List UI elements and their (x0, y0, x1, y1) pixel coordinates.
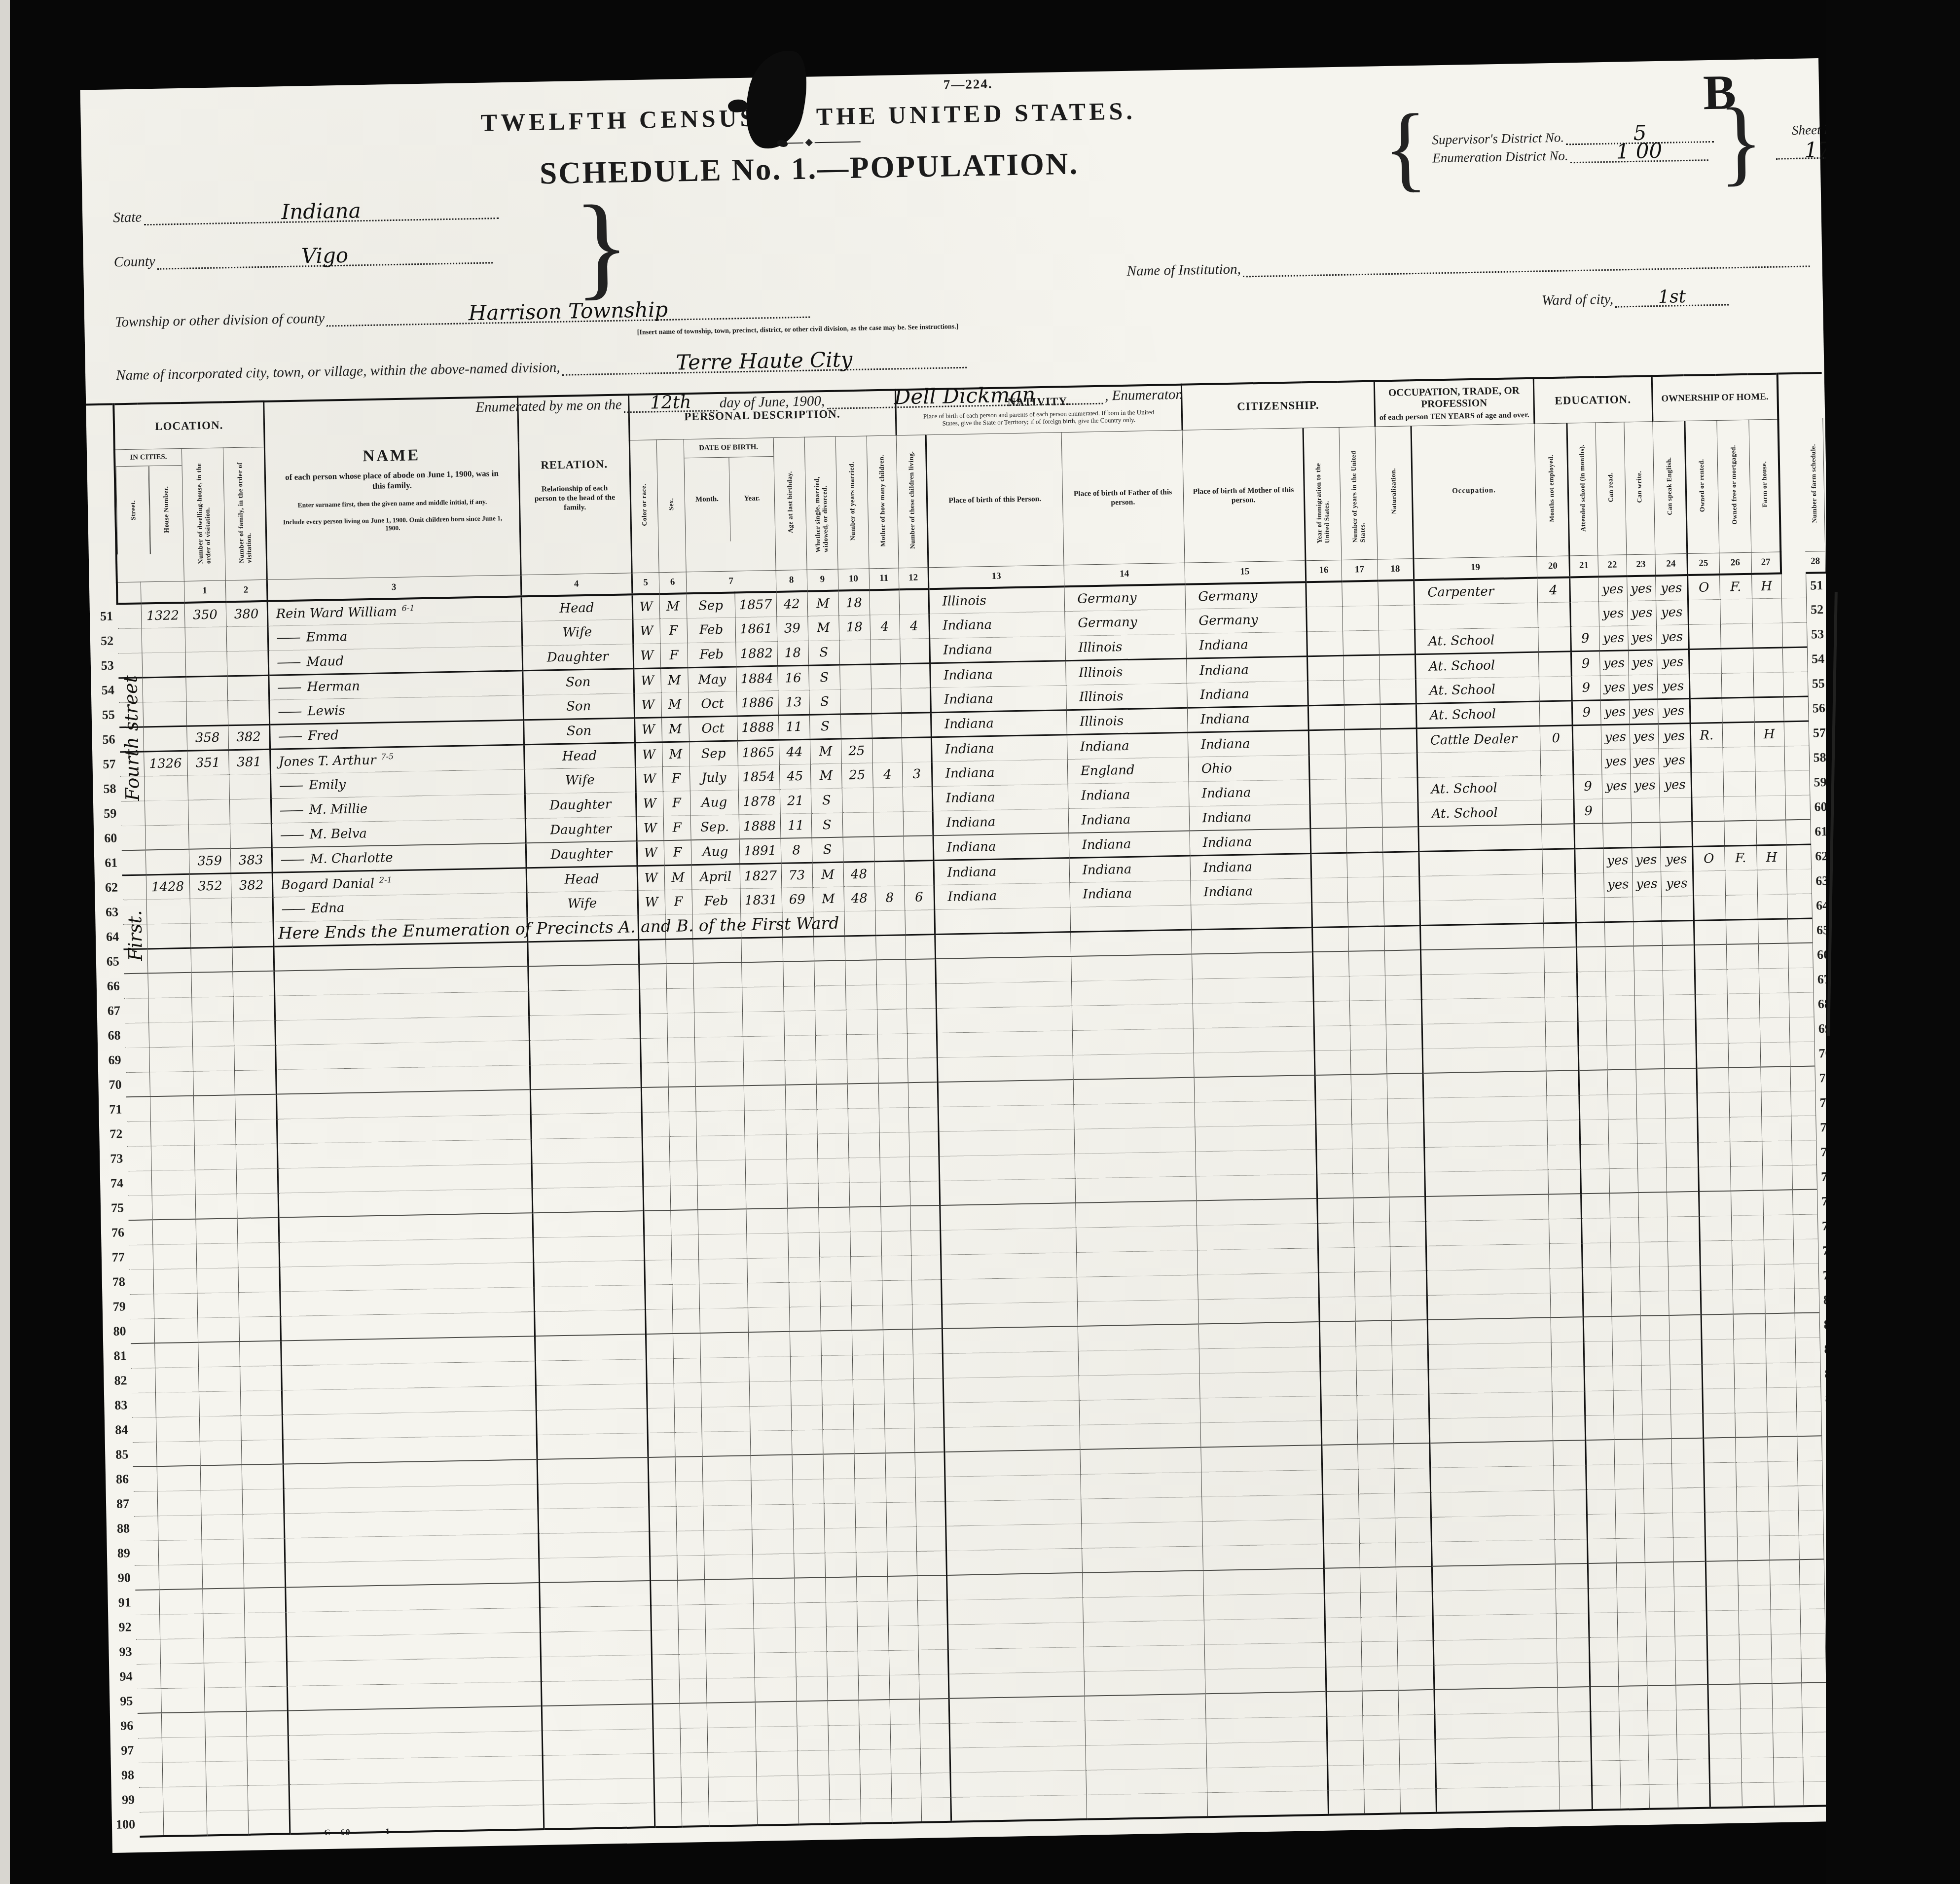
cell-can-english (1668, 1266, 1701, 1291)
cell-years-in-us (1357, 1444, 1394, 1469)
cell-owned-free (1737, 1535, 1770, 1560)
cell-sex (670, 1210, 698, 1235)
cell-color (652, 1654, 679, 1679)
cell-father-birthplace (1079, 1398, 1200, 1424)
cell-father-birthplace (1076, 1250, 1198, 1276)
cell-owned-rented: O (1687, 575, 1720, 600)
line-number-left: 97 (110, 1738, 139, 1763)
cell-sex: F (663, 815, 691, 840)
cell-mother-of (878, 1083, 908, 1108)
cell-owned-free (1737, 1511, 1769, 1536)
cell-mother-birthplace (1193, 1026, 1314, 1052)
cell-years-married (858, 1650, 889, 1675)
cell-house (158, 1540, 202, 1565)
cell-relation (537, 1433, 648, 1459)
cell-can-english (1674, 1611, 1707, 1636)
cell-children-living (907, 1057, 938, 1083)
cell-month (706, 1677, 755, 1703)
cell-sex (674, 1407, 702, 1432)
cell-family (237, 1242, 279, 1268)
cell-mother-of (880, 1157, 910, 1182)
cell-street (134, 1516, 158, 1541)
cell-farm-schedule (1789, 1016, 1815, 1042)
cell-occupation (1430, 1490, 1554, 1517)
cell-family (243, 1514, 285, 1539)
cell-house (144, 775, 188, 801)
cell-can-write (1634, 995, 1664, 1020)
cell-months-not-employed (1542, 873, 1575, 898)
cell-years-in-us (1357, 1394, 1393, 1419)
line-number-left: 86 (106, 1467, 134, 1492)
cell-years-married (846, 1009, 877, 1034)
cell-father-birthplace (1083, 1620, 1204, 1646)
cell-month (697, 1159, 746, 1185)
cell-street (130, 1294, 154, 1319)
cell-can-read (1611, 1291, 1640, 1316)
cell-can-read (1602, 823, 1632, 848)
nativity-header: NATIVITY. Place of birth of each person … (895, 385, 1182, 435)
cell-age (783, 986, 815, 1011)
cell-years-in-us (1348, 950, 1385, 976)
cell-farm-schedule (1783, 672, 1808, 697)
cell-school-months (1585, 1415, 1614, 1440)
cell-mother-birthplace (1196, 1149, 1317, 1176)
cell-birthplace (941, 1277, 1077, 1304)
cell-can-write (1641, 1340, 1670, 1365)
cell-marital (818, 1207, 850, 1232)
cell-mother-birthplace (1204, 1618, 1325, 1644)
cell-occupation: Carpenter (1414, 578, 1537, 605)
cell-family (233, 1020, 275, 1046)
cell-school-months (1577, 971, 1606, 996)
cell-can-read (1619, 1710, 1648, 1736)
cell-dwelling (201, 1489, 243, 1515)
city-value: Terre Haute City (676, 347, 853, 375)
cell-naturalization (1391, 1295, 1427, 1320)
cell-age (796, 1676, 828, 1701)
cell-farm-house (1754, 697, 1784, 722)
cell-age: 18 (777, 641, 808, 666)
cell-children-living (901, 712, 931, 737)
cell-age: 16 (777, 665, 809, 690)
cell-relation: Wife (521, 619, 633, 646)
in-cities-header: IN CITIES. Street. House Number. (114, 448, 184, 582)
cell-immigration-year (1319, 1321, 1356, 1346)
ward-value: 1st (1658, 287, 1686, 307)
census-sheet: 7—224. B TWELFTH CENSUS OF THE UNITED ST… (80, 58, 1851, 1853)
cell-can-english (1672, 1512, 1705, 1537)
cell-street (131, 1368, 155, 1393)
cell-immigration-year (1320, 1371, 1357, 1396)
location-header: LOCATION. (113, 401, 264, 450)
cell-mother-of (870, 639, 900, 664)
cell-farm-house (1753, 672, 1783, 697)
cell-age (798, 1775, 829, 1800)
cell-can-english (1662, 945, 1695, 970)
institution-line: Name of Institution, (1126, 251, 1810, 279)
cell-farm-house (1765, 1288, 1795, 1313)
cell-farm-house (1767, 1436, 1797, 1461)
cell-family (238, 1292, 280, 1317)
cell-owned-free: F. (1724, 845, 1757, 870)
cell-relation (529, 1038, 641, 1065)
attended-school-col-label: Attended school (in months). (1567, 422, 1598, 555)
cell-month (698, 1233, 747, 1259)
cell-house (148, 1022, 192, 1048)
cell-owned-rented (1704, 1462, 1736, 1487)
cell-school-months (1588, 1588, 1617, 1613)
cell-years-in-us (1352, 1123, 1388, 1148)
enumerator-mark: 7-5 (381, 752, 394, 761)
cell-can-write (1649, 1784, 1678, 1809)
line-number-left: 89 (107, 1541, 135, 1566)
cell-relation (530, 1063, 641, 1089)
cell-mother-of (884, 1378, 914, 1404)
cell-month (693, 987, 742, 1013)
cell-month: July (690, 765, 738, 791)
cell-occupation (1419, 899, 1543, 926)
cell-age (794, 1553, 825, 1578)
cell-dwelling (192, 1046, 234, 1071)
cell-street (127, 1121, 151, 1146)
cell-years-in-us (1345, 753, 1381, 778)
cell-years-in-us (1349, 1000, 1386, 1025)
cell-naturalization (1388, 1172, 1425, 1197)
cell-age (791, 1380, 822, 1405)
cell-can-english: yes (1657, 649, 1689, 674)
cell-family (235, 1119, 277, 1145)
cell-marital: M (812, 887, 844, 912)
cell-owned-free: F. (1719, 574, 1752, 599)
cell-street (126, 1096, 150, 1122)
cell-years-in-us (1362, 1666, 1398, 1691)
cell-naturalization (1399, 1764, 1436, 1789)
cell-father-birthplace (1080, 1422, 1201, 1449)
cell-age (786, 1109, 817, 1134)
cell-relation: Daughter (525, 816, 637, 843)
cell-month (692, 938, 741, 963)
state-label: State (113, 209, 142, 225)
cell-can-read (1620, 1760, 1649, 1785)
cell-color (643, 1210, 671, 1235)
cell-farm-schedule (1794, 1263, 1819, 1288)
cell-street (136, 1614, 160, 1639)
cell-school-months (1583, 1316, 1612, 1341)
cell-school-months (1582, 1242, 1611, 1268)
cell-farm-schedule (1791, 1115, 1816, 1140)
cell-farm-schedule (1782, 622, 1807, 648)
cell-farm-house: H (1756, 844, 1786, 870)
cell-birthplace (937, 1055, 1073, 1082)
cell-years-married (860, 1798, 892, 1823)
cell-year (746, 1208, 788, 1234)
cell-mother-birthplace: Indiana (1189, 804, 1310, 831)
cell-age (782, 937, 814, 962)
cell-occupation (1427, 1293, 1551, 1320)
cell-mother-of (877, 1033, 907, 1058)
cell-occupation (1420, 948, 1544, 975)
cell-family (239, 1341, 281, 1367)
cell-owned-rented (1695, 994, 1728, 1019)
cell-mother-of (875, 935, 906, 960)
cell-dwelling (193, 1070, 235, 1096)
cell-marital (829, 1799, 861, 1824)
cell-years-married (855, 1527, 887, 1552)
cell-immigration-year (1321, 1445, 1358, 1470)
cell-month (697, 1184, 746, 1210)
cell-years-married: 18 (838, 590, 870, 615)
cell-age: 73 (781, 863, 813, 888)
cell-relation (543, 1753, 654, 1780)
cell-months-not-employed (1549, 1243, 1582, 1268)
cell-naturalization (1379, 679, 1416, 704)
cell-family (237, 1193, 279, 1219)
cell-children-living (905, 909, 935, 935)
cell-occupation (1420, 923, 1544, 950)
cell-father-birthplace: Germany (1064, 584, 1185, 611)
cell-age: 44 (779, 739, 810, 764)
cell-children-living (906, 959, 936, 984)
cell-house (159, 1589, 203, 1615)
cell-father-birthplace (1080, 1472, 1201, 1498)
cell-mother-of (887, 1576, 917, 1601)
cell-relation (530, 1087, 642, 1114)
cell-owned-free (1723, 747, 1755, 772)
cell-owned-rented (1709, 1758, 1742, 1783)
cell-months-not-employed (1556, 1588, 1589, 1613)
cell-mother-of (891, 1773, 921, 1798)
cell-color: W (637, 865, 665, 890)
cell-school-months (1591, 1736, 1620, 1761)
cell-can-write: yes (1630, 724, 1659, 749)
cell-naturalization (1390, 1246, 1426, 1271)
cell-children-living (918, 1649, 948, 1674)
line-number-left: 69 (98, 1048, 126, 1073)
cell-owned-rented (1708, 1733, 1741, 1758)
state-county-brace: } (573, 187, 630, 304)
cell-children-living (908, 1107, 939, 1132)
color-col-label: Color or race. (629, 439, 659, 573)
cell-farm-schedule (1796, 1362, 1821, 1387)
cell-can-english (1666, 1167, 1699, 1192)
cell-age (785, 1060, 816, 1085)
cell-mother-birthplace: Indiana (1189, 779, 1310, 806)
cell-dwelling (196, 1243, 238, 1268)
line-number-left: 59 (93, 801, 121, 826)
cell-farm-house (1758, 943, 1788, 968)
cell-children-living (915, 1477, 945, 1502)
cell-children-living (917, 1600, 947, 1625)
cell-children-living (913, 1353, 943, 1378)
cell-dwelling (199, 1415, 241, 1441)
cell-naturalization (1385, 975, 1421, 1000)
cell-occupation (1431, 1515, 1555, 1542)
cell-mother-of (886, 1526, 916, 1552)
cell-school-months (1579, 1119, 1608, 1144)
cell-owned-free (1722, 697, 1754, 723)
cell-mother-birthplace: Indiana (1190, 829, 1311, 855)
cell-family (243, 1562, 285, 1588)
cell-father-birthplace: Indiana (1068, 806, 1190, 833)
cell-month (701, 1406, 750, 1432)
cell-age (798, 1750, 829, 1775)
cell-can-english (1660, 822, 1692, 847)
cell-children-living (903, 786, 933, 811)
cell-children-living (910, 1181, 940, 1206)
cell-marital: S (808, 640, 839, 665)
cell-mother-birthplace (1206, 1716, 1327, 1743)
cell-years-in-us (1360, 1592, 1397, 1617)
cell-can-english (1675, 1660, 1708, 1685)
cell-years-married: 25 (841, 762, 873, 788)
cell-mother-birthplace (1193, 1001, 1314, 1028)
cell-years-married (839, 639, 871, 664)
cell-months-not-employed (1550, 1292, 1583, 1317)
cell-farm-house (1774, 1781, 1804, 1807)
cell-owned-rented (1692, 797, 1724, 822)
cell-month (695, 1061, 744, 1087)
cell-owned-rented (1692, 821, 1724, 846)
cell-children-living (921, 1797, 951, 1822)
cell-can-write: yes (1627, 576, 1656, 601)
cell-dwelling (194, 1120, 236, 1145)
cell-naturalization (1389, 1221, 1426, 1246)
cell-immigration-year (1325, 1642, 1362, 1667)
cell-farm-house (1762, 1140, 1792, 1165)
cell-months-not-employed (1544, 972, 1577, 997)
cell-children-living (912, 1304, 942, 1329)
cell-can-english (1670, 1413, 1703, 1439)
cell-children-living (913, 1378, 944, 1403)
cell-naturalization (1379, 654, 1416, 679)
cell-color: W (635, 742, 662, 767)
cell-children-living (917, 1575, 947, 1600)
cell-house (145, 800, 188, 826)
cell-sex (680, 1703, 707, 1728)
table-header: LOCATION. NAME of each person whose plac… (86, 373, 1825, 604)
cell-can-english (1666, 1142, 1698, 1167)
cell-school-months (1589, 1637, 1618, 1662)
cell-year (755, 1702, 797, 1727)
cell-farm-schedule (1793, 1238, 1818, 1264)
cell-can-read: yes (1598, 576, 1627, 601)
cell-months-not-employed (1542, 848, 1575, 873)
cell-age: 13 (778, 690, 809, 715)
cell-family (244, 1612, 286, 1637)
cell-birthplace (945, 1523, 1082, 1551)
cell-occupation (1429, 1416, 1553, 1443)
cell-marital (815, 1010, 846, 1035)
cell-street (136, 1639, 160, 1664)
cell-years-married (853, 1379, 884, 1404)
cell-months-not-employed (1538, 626, 1571, 652)
cell-birthplace (944, 1400, 1080, 1427)
cell-naturalization (1383, 876, 1419, 901)
cell-owned-free (1727, 969, 1759, 994)
cell-house: 1322 (141, 603, 185, 628)
line-number-right: 55 (1808, 671, 1828, 696)
years-in-us-col-label: Number of years in the United States. (1339, 427, 1378, 560)
farm-schedule-col-label: Number of farm schedule. (1803, 418, 1825, 551)
line-number-right: 56 (1808, 696, 1828, 721)
cell-farm-schedule (1788, 968, 1814, 993)
cell-naturalization (1380, 728, 1417, 753)
cell-can-read (1609, 1168, 1638, 1193)
cell-color: W (634, 692, 661, 718)
cell-occupation (1435, 1761, 1559, 1788)
cell-years-married (849, 1206, 881, 1232)
cell-owned-free (1740, 1683, 1773, 1708)
cell-months-not-employed (1556, 1613, 1589, 1638)
cell-can-read: yes (1600, 699, 1630, 725)
line-number-left: 100 (112, 1812, 140, 1837)
cell-dwelling (191, 996, 233, 1022)
cell-color (643, 1161, 670, 1186)
cell-immigration-year (1311, 902, 1348, 927)
line-number-left: 90 (107, 1565, 135, 1591)
cell-year (750, 1430, 792, 1456)
cell-relation: Wife (524, 767, 636, 794)
cell-owned-rented (1706, 1586, 1739, 1611)
cell-birthplace: Indiana (931, 710, 1067, 737)
cell-can-write (1643, 1463, 1672, 1488)
cell-can-write (1647, 1685, 1676, 1710)
line-number-left: 77 (101, 1245, 129, 1270)
cell-month (704, 1554, 753, 1580)
cell-relation: Daughter (525, 792, 636, 818)
cell-street (125, 1022, 149, 1048)
cell-occupation (1414, 603, 1538, 630)
cell-birthplace: Illinois (929, 586, 1065, 614)
cell-years-married (849, 1182, 880, 1207)
cell-birthplace (950, 1795, 1087, 1822)
cell-immigration-year (1326, 1691, 1363, 1716)
cell-dwelling (205, 1711, 247, 1737)
cell-years-married (839, 664, 871, 689)
cell-owned-free (1725, 895, 1758, 920)
cell-birthplace: Indiana (929, 636, 1065, 663)
cell-children-living (915, 1452, 945, 1477)
scan-left-edge (0, 0, 10, 1884)
cell-immigration-year (1314, 1050, 1351, 1075)
cell-marital: M (807, 591, 838, 616)
cell-color: W (637, 840, 664, 866)
cell-father-birthplace (1086, 1768, 1207, 1794)
cell-relation (532, 1211, 644, 1237)
cell-month: Feb (687, 617, 735, 643)
cell-birthplace (938, 1080, 1074, 1107)
cell-relation (532, 1186, 644, 1213)
cell-naturalization (1397, 1616, 1433, 1641)
cell-father-birthplace (1073, 1053, 1194, 1080)
cell-school-months (1574, 848, 1603, 873)
cell-marital (826, 1626, 858, 1651)
cell-birthplace (942, 1302, 1078, 1329)
line-number-left: 53 (90, 653, 118, 678)
cell-month: Sep (686, 592, 735, 618)
cell-can-english (1661, 896, 1694, 921)
cell-month (707, 1702, 756, 1728)
cell-year (749, 1356, 791, 1382)
cell-mother-of (873, 811, 904, 836)
cell-marital (828, 1700, 859, 1725)
cell-marital (814, 960, 845, 985)
cell-year (748, 1332, 790, 1357)
cell-relation (527, 940, 639, 966)
cell-months-not-employed (1558, 1711, 1591, 1737)
cell-father-birthplace (1075, 1201, 1197, 1228)
cell-can-read (1619, 1686, 1648, 1711)
